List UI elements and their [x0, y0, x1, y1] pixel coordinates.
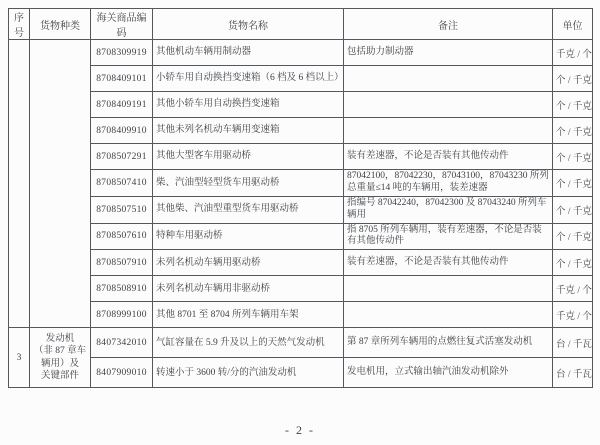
table-row: 8708507291 其他大型客车用驱动桥 装有差速器，不论是否装有其他传动件 … [9, 144, 593, 170]
unit-cell: 台 / 千瓦 [553, 328, 593, 358]
code-cell: 8708507910 [91, 250, 153, 276]
code-cell: 8708507510 [91, 196, 153, 223]
code-cell: 8708309919 [91, 40, 153, 66]
unit-cell: 个 / 千克 [553, 92, 593, 118]
name-cell: 未列名机动车辆用非驱动桥 [153, 276, 344, 302]
name-cell: 其他未列名机动车辆用变速箱 [153, 118, 344, 144]
code-cell: 8708999100 [91, 302, 153, 328]
code-cell: 8708507410 [91, 170, 153, 197]
remark-cell: 装有差速器，不论是否装有其他传动件 [344, 144, 553, 170]
unit-cell: 千克 / 个 [553, 302, 593, 328]
table-row: 8407909010 转速小于 3600 转/分的汽油发动机 发电机用，立式输出… [9, 358, 593, 388]
remark-cell [344, 118, 553, 144]
category-line: （非 87 章车 [33, 345, 87, 357]
remark-cell: 包括助力制动器 [344, 40, 553, 66]
table-header-row: 序号 货物种类 海关商品编码 货物名称 备注 单位 [9, 9, 593, 40]
code-cell: 8407342010 [91, 328, 153, 358]
name-cell: 气缸容量在 5.9 升及以上的天然气发动机 [153, 328, 344, 358]
table-row: 8708999100 其他 8701 至 8704 所列车辆用车架 千克 / 个 [9, 302, 593, 328]
code-cell: 8708409101 [91, 66, 153, 92]
remark-cell: 第 87 章所列车辆用的点燃往复式活塞发动机 [344, 328, 553, 358]
category-cell: 发动机 （非 87 章车 辆用）及 关键部件 [30, 328, 91, 388]
name-cell: 其他大型客车用驱动桥 [153, 144, 344, 170]
code-cell: 8708409910 [91, 118, 153, 144]
unit-cell: 个 / 千克 [553, 118, 593, 144]
header-name: 货物名称 [153, 9, 344, 40]
remark-cell: 发电机用，立式输出轴汽油发动机除外 [344, 358, 553, 388]
remark-cell [344, 276, 553, 302]
name-cell: 未列名机动车辆用驱动桥 [153, 250, 344, 276]
table-row: 3 发动机 （非 87 章车 辆用）及 关键部件 8407342010 气缸容量… [9, 328, 593, 358]
name-cell: 其他 8701 至 8704 所列车辆用车架 [153, 302, 344, 328]
remark-cell: 装有差速器，不论是否装有其他传动件 [344, 250, 553, 276]
remark-cell: 指编号 87042240，87042300 及 87043240 所列车辆用 [344, 196, 553, 223]
remark-cell: 指 8705 所列车辆用，装有差速器，不论是否装有其他传动件 [344, 223, 553, 250]
table-row: 8708507510 其他柴、汽油型重型货车用驱动桥 指编号 87042240，… [9, 196, 593, 223]
name-cell: 柴、汽油型轻型货车用驱动桥 [153, 170, 344, 197]
table-row: 8708409191 其他小轿车用自动换挡变速箱 个 / 千克 [9, 92, 593, 118]
remark-cell [344, 66, 553, 92]
table-row: 8708507410 柴、汽油型轻型货车用驱动桥 87042100，870422… [9, 170, 593, 197]
header-unit: 单位 [553, 9, 593, 40]
name-cell: 其他柴、汽油型重型货车用驱动桥 [153, 196, 344, 223]
name-cell: 其他机动车辆用制动器 [153, 40, 344, 66]
code-cell: 8708507610 [91, 223, 153, 250]
seq-cell: 3 [9, 328, 30, 388]
table-row: 8708409910 其他未列名机动车辆用变速箱 个 / 千克 [9, 118, 593, 144]
header-remark: 备注 [344, 9, 553, 40]
unit-cell: 个 / 千克 [553, 196, 593, 223]
unit-cell: 个 / 千克 [553, 223, 593, 250]
goods-table: 序号 货物种类 海关商品编码 货物名称 备注 单位 8708309919 其他机… [8, 8, 593, 388]
category-cell [30, 40, 91, 328]
unit-cell: 千克 / 个 [553, 276, 593, 302]
table-row: 8708507610 特种车用驱动桥 指 8705 所列车辆用，装有差速器，不论… [9, 223, 593, 250]
category-line: 关键部件 [33, 370, 87, 382]
remark-cell [344, 302, 553, 328]
table-row: 8708507910 未列名机动车辆用驱动桥 装有差速器，不论是否装有其他传动件… [9, 250, 593, 276]
unit-cell: 千克 / 个 [553, 40, 593, 66]
unit-cell: 个 / 千克 [553, 170, 593, 197]
name-cell: 其他小轿车用自动换挡变速箱 [153, 92, 344, 118]
remark-cell: 87042100，87042230，87043100，87043230 所列总重… [344, 170, 553, 197]
code-cell: 8407909010 [91, 358, 153, 388]
name-cell: 小轿车用自动换挡变速箱（6 档及 6 档以上） [153, 66, 344, 92]
unit-cell: 个 / 千克 [553, 66, 593, 92]
table-row: 8708309919 其他机动车辆用制动器 包括助力制动器 千克 / 个 [9, 40, 593, 66]
unit-cell: 个 / 千克 [553, 144, 593, 170]
header-category: 货物种类 [30, 9, 91, 40]
code-cell: 8708507291 [91, 144, 153, 170]
table-row: 8708409101 小轿车用自动换挡变速箱（6 档及 6 档以上） 个 / 千… [9, 66, 593, 92]
header-seq: 序号 [9, 9, 30, 40]
table-row: 8708508910 未列名机动车辆用非驱动桥 千克 / 个 [9, 276, 593, 302]
unit-cell: 个 / 千克 [553, 250, 593, 276]
page-number: - 2 - [0, 423, 600, 438]
category-line: 发动机 [33, 333, 87, 345]
name-cell: 特种车用驱动桥 [153, 223, 344, 250]
code-cell: 8708508910 [91, 276, 153, 302]
code-cell: 8708409191 [91, 92, 153, 118]
header-code: 海关商品编码 [91, 9, 153, 40]
seq-cell [9, 40, 30, 328]
unit-cell: 台 / 千瓦 [553, 358, 593, 388]
category-line: 辆用）及 [33, 358, 87, 370]
name-cell: 转速小于 3600 转/分的汽油发动机 [153, 358, 344, 388]
remark-cell [344, 92, 553, 118]
